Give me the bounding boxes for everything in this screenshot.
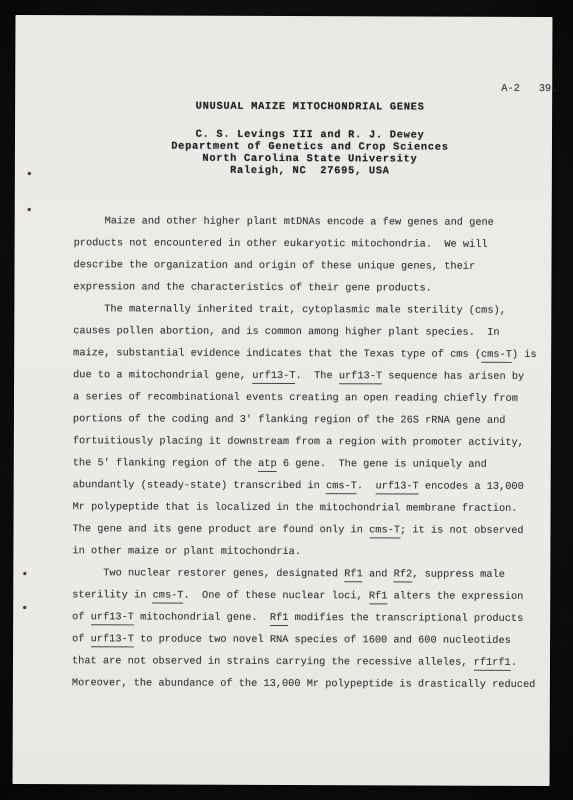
underlined-term: cms-T: [326, 480, 357, 494]
author-line: Raleigh, NC 27695, USA: [74, 164, 546, 178]
body-line: abundantly (steady-state) transcribed in…: [73, 474, 547, 498]
body-line: Maize and other higher plant mtDNAs enco…: [74, 210, 548, 234]
body-line: expression and the characteristics of th…: [73, 276, 547, 300]
underlined-term: urf13-T: [91, 611, 134, 625]
body-line: of urf13-T to produce two novel RNA spec…: [72, 628, 546, 652]
body-line: a series of recombinational events creat…: [73, 386, 547, 410]
underlined-term: urf13-T: [339, 370, 382, 384]
body-line: Moreover, the abundance of the 13,000 Mr…: [72, 672, 546, 696]
body-line: in other maize or plant mitochondria.: [72, 540, 546, 564]
body-line: fortuitiously placing it downstream from…: [73, 430, 547, 454]
underlined-term: cms-T: [481, 349, 512, 363]
underlined-term: Rf1: [369, 590, 388, 604]
ink-speck: [23, 606, 26, 609]
underlined-term: urf13-T: [375, 480, 418, 494]
body-line: Two nuclear restorer genes, designated R…: [72, 562, 546, 586]
ink-specks-layer: [15, 15, 552, 17]
underlined-term: cms-T: [369, 524, 400, 538]
body-line: of urf13-T mitochondrial gene. Rf1 modif…: [72, 606, 546, 630]
underlined-term: urf13-T: [252, 370, 295, 384]
ink-speck: [28, 208, 31, 211]
underlined-term: atp: [258, 458, 277, 472]
document-title: UNUSUAL MAIZE MITOCHONDRIAL GENES: [74, 100, 546, 114]
body-text: Maize and other higher plant mtDNAs enco…: [72, 210, 548, 696]
section-code: A-2: [501, 83, 520, 95]
underlined-term: rf1rf1: [474, 657, 511, 671]
author-block: C. S. Levings III and R. J. DeweyDepartm…: [74, 128, 546, 178]
document-page: A-239. UNUSUAL MAIZE MITOCHONDRIAL GENES…: [13, 15, 553, 786]
body-line: that are not observed in strains carryin…: [72, 650, 546, 674]
body-line: products not encountered in other eukary…: [74, 232, 548, 256]
body-line: causes pollen abortion, and is common am…: [73, 320, 547, 344]
page-number: 39.: [539, 83, 558, 95]
underlined-term: cms-T: [153, 590, 184, 604]
body-line: Mr polypeptide that is localized in the …: [73, 496, 547, 520]
body-line: The gene and its gene product are found …: [72, 518, 546, 542]
underlined-term: Rf1: [344, 568, 363, 582]
underlined-term: Rf1: [270, 612, 289, 626]
body-line: due to a mitochondrial gene, urf13-T. Th…: [73, 364, 547, 388]
body-line: portions of the coding and 3' flanking r…: [73, 408, 547, 432]
ink-speck: [23, 572, 26, 575]
body-line: the 5' flanking region of the atp 6 gene…: [73, 452, 547, 476]
body-line: The maternally inherited trait, cytoplas…: [73, 298, 547, 322]
scan-background: A-239. UNUSUAL MAIZE MITOCHONDRIAL GENES…: [0, 0, 573, 800]
underlined-term: Rf2: [394, 568, 413, 582]
underlined-term: urf13-T: [91, 633, 134, 647]
ink-speck: [28, 172, 31, 175]
body-line: maize, substantial evidence indicates th…: [73, 342, 547, 366]
body-line: sterility in cms-T. One of these nuclear…: [72, 584, 546, 608]
body-line: describe the organization and origin of …: [73, 254, 547, 278]
heading-block: UNUSUAL MAIZE MITOCHONDRIAL GENES C. S. …: [74, 100, 546, 178]
